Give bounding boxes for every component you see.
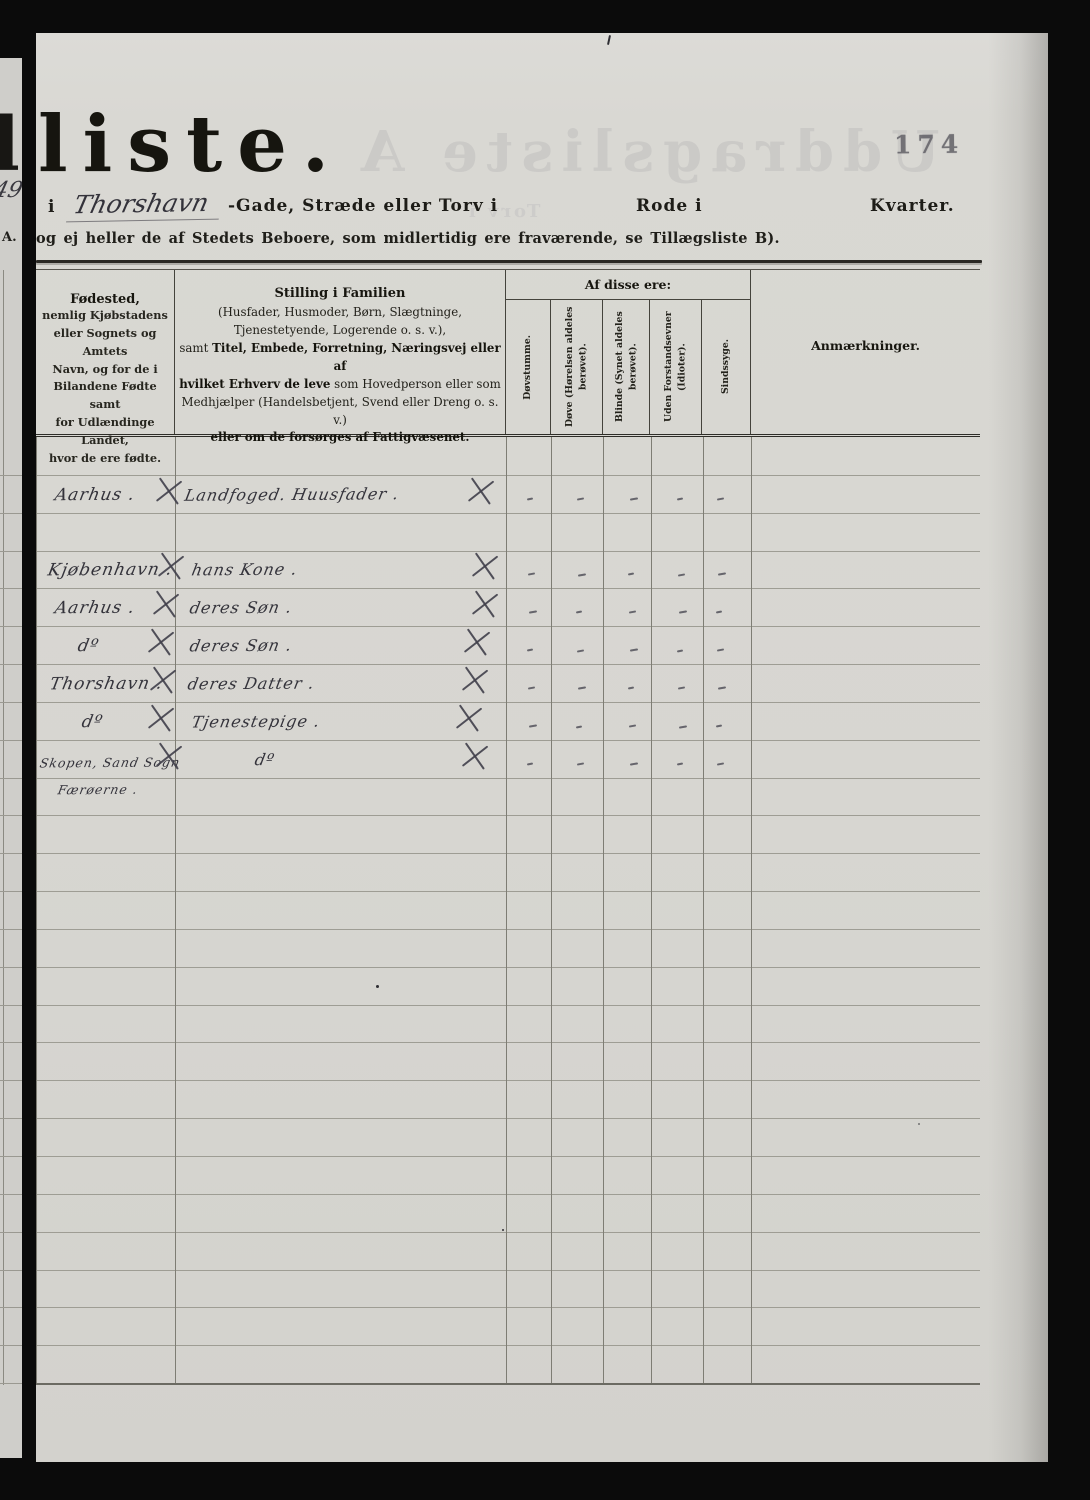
ruled-row-line: [36, 853, 980, 854]
handwritten-dash-mark: [679, 725, 687, 728]
sliver-row-line: [0, 513, 22, 514]
street-header-line: i Thorshavn -Gade, Stræde eller Torv i R…: [36, 189, 986, 229]
handwritten-dash-mark: [528, 686, 535, 689]
sliver-row-line: [0, 1080, 22, 1081]
entry-birthplace: Aarhus .: [53, 484, 137, 505]
ruled-row-line: [36, 815, 980, 816]
handwritten-dash-mark: [577, 762, 584, 765]
ruled-row-line: [36, 740, 980, 741]
gade-label: -Gade, Stræde eller Torv i: [228, 196, 498, 216]
sliver-row-line: [0, 929, 22, 930]
handwritten-x-mark: [464, 742, 486, 770]
handwritten-x-mark: [458, 704, 480, 732]
handwritten-dash-mark: [678, 574, 685, 577]
rode-label: Rode i: [636, 196, 703, 216]
sliver-row-line: [0, 664, 22, 665]
birthplace-line: nemlig Kjøbstadens: [36, 307, 174, 325]
sliver-row-line: [0, 853, 22, 854]
af-disse-label: Af disse ere:: [506, 270, 750, 300]
ruled-row-line: [36, 1232, 980, 1233]
position-line: samt Titel, Embede, Forretning, Næringsv…: [175, 340, 505, 376]
ink-speck: [918, 1123, 920, 1125]
page-edge-shading: [988, 33, 1048, 1462]
ruled-row-line: [36, 1156, 980, 1157]
position-line: Tjenestetyende, Logerende o. s. v.),: [175, 322, 505, 340]
handwritten-dash-mark: [679, 611, 687, 614]
handwritten-dash-mark: [717, 648, 724, 651]
handwritten-dash-mark: [718, 573, 726, 576]
page-number-stamp: 174: [894, 130, 964, 160]
sliver-row-line: [0, 1270, 22, 1271]
cut-title-letter: d.: [0, 102, 22, 188]
entry-birthplace: Kjøbenhavn .: [46, 560, 174, 581]
sliver-row-line: [0, 551, 22, 552]
handwritten-dash-mark: [577, 649, 584, 652]
ruled-row-line: [36, 891, 980, 892]
handwritten-x-mark: [155, 590, 177, 618]
position-title: Stilling i Familien: [175, 286, 505, 301]
ruled-row-line: [36, 1042, 980, 1043]
handwritten-x-mark: [152, 666, 174, 694]
street-name-handwritten: Thorshavn: [66, 188, 226, 223]
ruled-row-line: [36, 967, 980, 968]
ruled-row-line: [36, 588, 980, 589]
ruled-row-line: [36, 1307, 980, 1308]
entry-occupation: Landfoged. Huusfader .: [183, 484, 401, 504]
handwritten-dash-mark: [677, 650, 683, 653]
sliver-row-line: [0, 1383, 22, 1384]
birthplace-line: for Udlændinge Landet,: [36, 414, 174, 450]
ruled-row-line: [36, 1383, 980, 1385]
handwritten-x-mark: [474, 590, 496, 618]
ink-speck: [607, 35, 611, 45]
handwritten-dash-mark: [630, 497, 638, 500]
ruled-row-line: [36, 1270, 980, 1271]
column-divider-line: [36, 437, 37, 1383]
ruled-row-line: [36, 551, 980, 552]
handwritten-x-mark: [466, 628, 488, 656]
birthplace-line: eller Sognets og Amtets: [36, 325, 174, 361]
cut-printed-label: A.: [2, 230, 17, 245]
handwritten-x-mark: [158, 742, 180, 770]
sliver-row-line: [0, 626, 22, 627]
entry-occupation: hans Kone .: [190, 560, 299, 580]
page: Uddragsliste A Torv i liste. 174 i Thors…: [36, 33, 1048, 1462]
column-divider-line: [703, 437, 704, 1383]
handwritten-dash-mark: [529, 724, 537, 727]
handwritten-dash-mark: [630, 762, 638, 765]
birthplace-line: Navn, og for de i: [36, 361, 174, 379]
sliver-table-edge-line: [3, 270, 4, 1385]
table-header: Fødested, nemlig Kjøbstadens eller Sogne…: [36, 269, 980, 437]
handwritten-dash-mark: [578, 686, 586, 689]
sliver-row-line: [0, 815, 22, 816]
handwritten-dash-mark: [527, 649, 533, 652]
sliver-row-line: [0, 1118, 22, 1119]
position-line: hvilket Erhverv de leve som Hovedperson …: [175, 376, 505, 394]
column-header-position: Stilling i Familien (Husfader, Husmoder,…: [175, 270, 506, 434]
handwritten-x-mark: [160, 552, 182, 580]
sliver-row-line: [0, 967, 22, 968]
handwritten-x-mark: [158, 477, 180, 505]
subcol-insane: Sindssyge.: [702, 300, 750, 434]
handwritten-dash-mark: [718, 686, 726, 689]
birthplace-line: hvor de ere fødte.: [36, 450, 174, 468]
entry-occupation: Tjenestepige .: [190, 711, 322, 731]
handwritten-dash-mark: [628, 573, 634, 576]
column-divider-line: [551, 437, 552, 1383]
sliver-row-line: [0, 1005, 22, 1006]
ruled-row-line: [36, 626, 980, 627]
birthplace-title: Fødested,: [36, 292, 174, 307]
handwritten-dash-mark: [577, 497, 584, 500]
page-title: liste.: [38, 99, 344, 190]
handwritten-dash-mark: [528, 573, 535, 576]
handwritten-dash-mark: [576, 611, 582, 614]
handwritten-dash-mark: [629, 611, 636, 614]
cut-handwriting-fragment: 49: [0, 178, 22, 203]
handwritten-dash-mark: [529, 611, 537, 614]
subcol-deaf-mute: Døvstumme.: [506, 300, 551, 434]
handwritten-dash-mark: [677, 497, 683, 500]
sliver-row-line: [0, 1042, 22, 1043]
handwritten-x-mark: [150, 628, 172, 656]
entry-occupation: dº: [253, 749, 276, 768]
entry-birthplace: dº: [80, 712, 105, 732]
column-header-birthplace: Fødested, nemlig Kjøbstadens eller Sogne…: [36, 270, 175, 434]
sliver-row-line: [0, 740, 22, 741]
ruled-row-line: [36, 1194, 980, 1195]
sliver-row-line: [0, 1156, 22, 1157]
handwritten-dash-mark: [716, 724, 722, 727]
position-line: Medhjælper (Handelsbetjent, Svend eller …: [175, 394, 505, 430]
sliver-row-line: [0, 588, 22, 589]
previous-page-sliver: d. 49 A.: [0, 58, 22, 1458]
subcol-deaf: Døve (Hørelsen aldeles berøvet).: [551, 300, 603, 434]
entry-occupation: deres Datter .: [186, 673, 316, 693]
column-header-disabilities: Af disse ere: Døvstumme. Døve (Hørelsen …: [506, 270, 751, 434]
ink-speck: [502, 1229, 504, 1231]
column-divider-line: [751, 437, 752, 1383]
handwritten-x-mark: [470, 477, 492, 505]
ink-speck: [376, 985, 379, 988]
entry-birthplace-line2: Færøerne .: [57, 781, 140, 797]
handwritten-dash-mark: [678, 686, 685, 689]
handwritten-dash-mark: [717, 497, 724, 500]
ruled-row-line: [36, 929, 980, 930]
handwritten-x-mark: [474, 552, 496, 580]
entry-birthplace: Aarhus .: [53, 598, 137, 619]
subcol-idiot: Uden Forstandsevner (Idioter).: [650, 300, 702, 434]
bleedthrough-text: Uddragsliste A: [352, 119, 940, 185]
handwritten-dash-mark: [628, 686, 634, 689]
ruled-row-line: [36, 778, 980, 779]
handwritten-x-mark: [464, 666, 486, 694]
sliver-row-line: [0, 1345, 22, 1346]
handwritten-dash-mark: [527, 762, 533, 765]
ruled-row-line: [36, 1345, 980, 1346]
sliver-row-line: [0, 475, 22, 476]
column-divider-line: [651, 437, 652, 1383]
entry-occupation: deres Søn .: [188, 636, 294, 656]
handwritten-dash-mark: [576, 725, 582, 728]
header-rule: [36, 260, 982, 263]
sliver-row-line: [0, 702, 22, 703]
position-line: (Husfader, Husmoder, Børn, Slægtninge,: [175, 304, 505, 322]
ruled-row-line: [36, 1080, 980, 1081]
ruled-row-line: [36, 1005, 980, 1006]
position-line: eller om de forsørges af Fattigvæsenet.: [175, 429, 505, 447]
handwritten-dash-mark: [578, 574, 586, 577]
handwritten-dash-mark: [677, 762, 683, 765]
handwritten-x-mark: [150, 704, 172, 732]
i-label: i: [48, 197, 54, 217]
sliver-row-line: [0, 1307, 22, 1308]
entry-occupation: deres Søn .: [188, 598, 294, 618]
exclusion-note: og ej heller de af Stedets Beboere, som …: [36, 230, 780, 247]
ruled-row-line: [36, 513, 980, 514]
scanned-census-page: { "page_number": "174", "title_fragment"…: [0, 0, 1090, 1500]
handwritten-dash-mark: [527, 497, 533, 500]
column-divider-line: [603, 437, 604, 1383]
ruled-row-line: [36, 475, 980, 476]
birthplace-line: Bilandene Fødte samt: [36, 378, 174, 414]
entry-birthplace: dº: [76, 636, 101, 656]
remarks-title: Anmærkninger.: [751, 338, 980, 353]
handwritten-dash-mark: [630, 648, 638, 651]
ruled-row-line: [36, 664, 980, 665]
kvarter-label: Kvarter.: [870, 196, 955, 216]
ruled-row-line: [36, 1118, 980, 1119]
ruled-row-line: [36, 702, 980, 703]
sliver-row-line: [0, 778, 22, 779]
sliver-row-line: [0, 891, 22, 892]
handwritten-dash-mark: [716, 611, 722, 614]
sliver-row-line: [0, 1194, 22, 1195]
entry-birthplace: Thorshavn .: [48, 673, 165, 694]
disability-subcolumns: Døvstumme. Døve (Hørelsen aldeles berøve…: [506, 300, 750, 434]
handwritten-dash-mark: [629, 724, 636, 727]
sliver-row-line: [0, 1232, 22, 1233]
handwritten-dash-mark: [717, 762, 724, 765]
subcol-blind: Blinde (Synet aldeles berøvet).: [603, 300, 651, 434]
column-divider-line: [506, 437, 507, 1383]
column-header-remarks: Anmærkninger.: [751, 270, 980, 434]
